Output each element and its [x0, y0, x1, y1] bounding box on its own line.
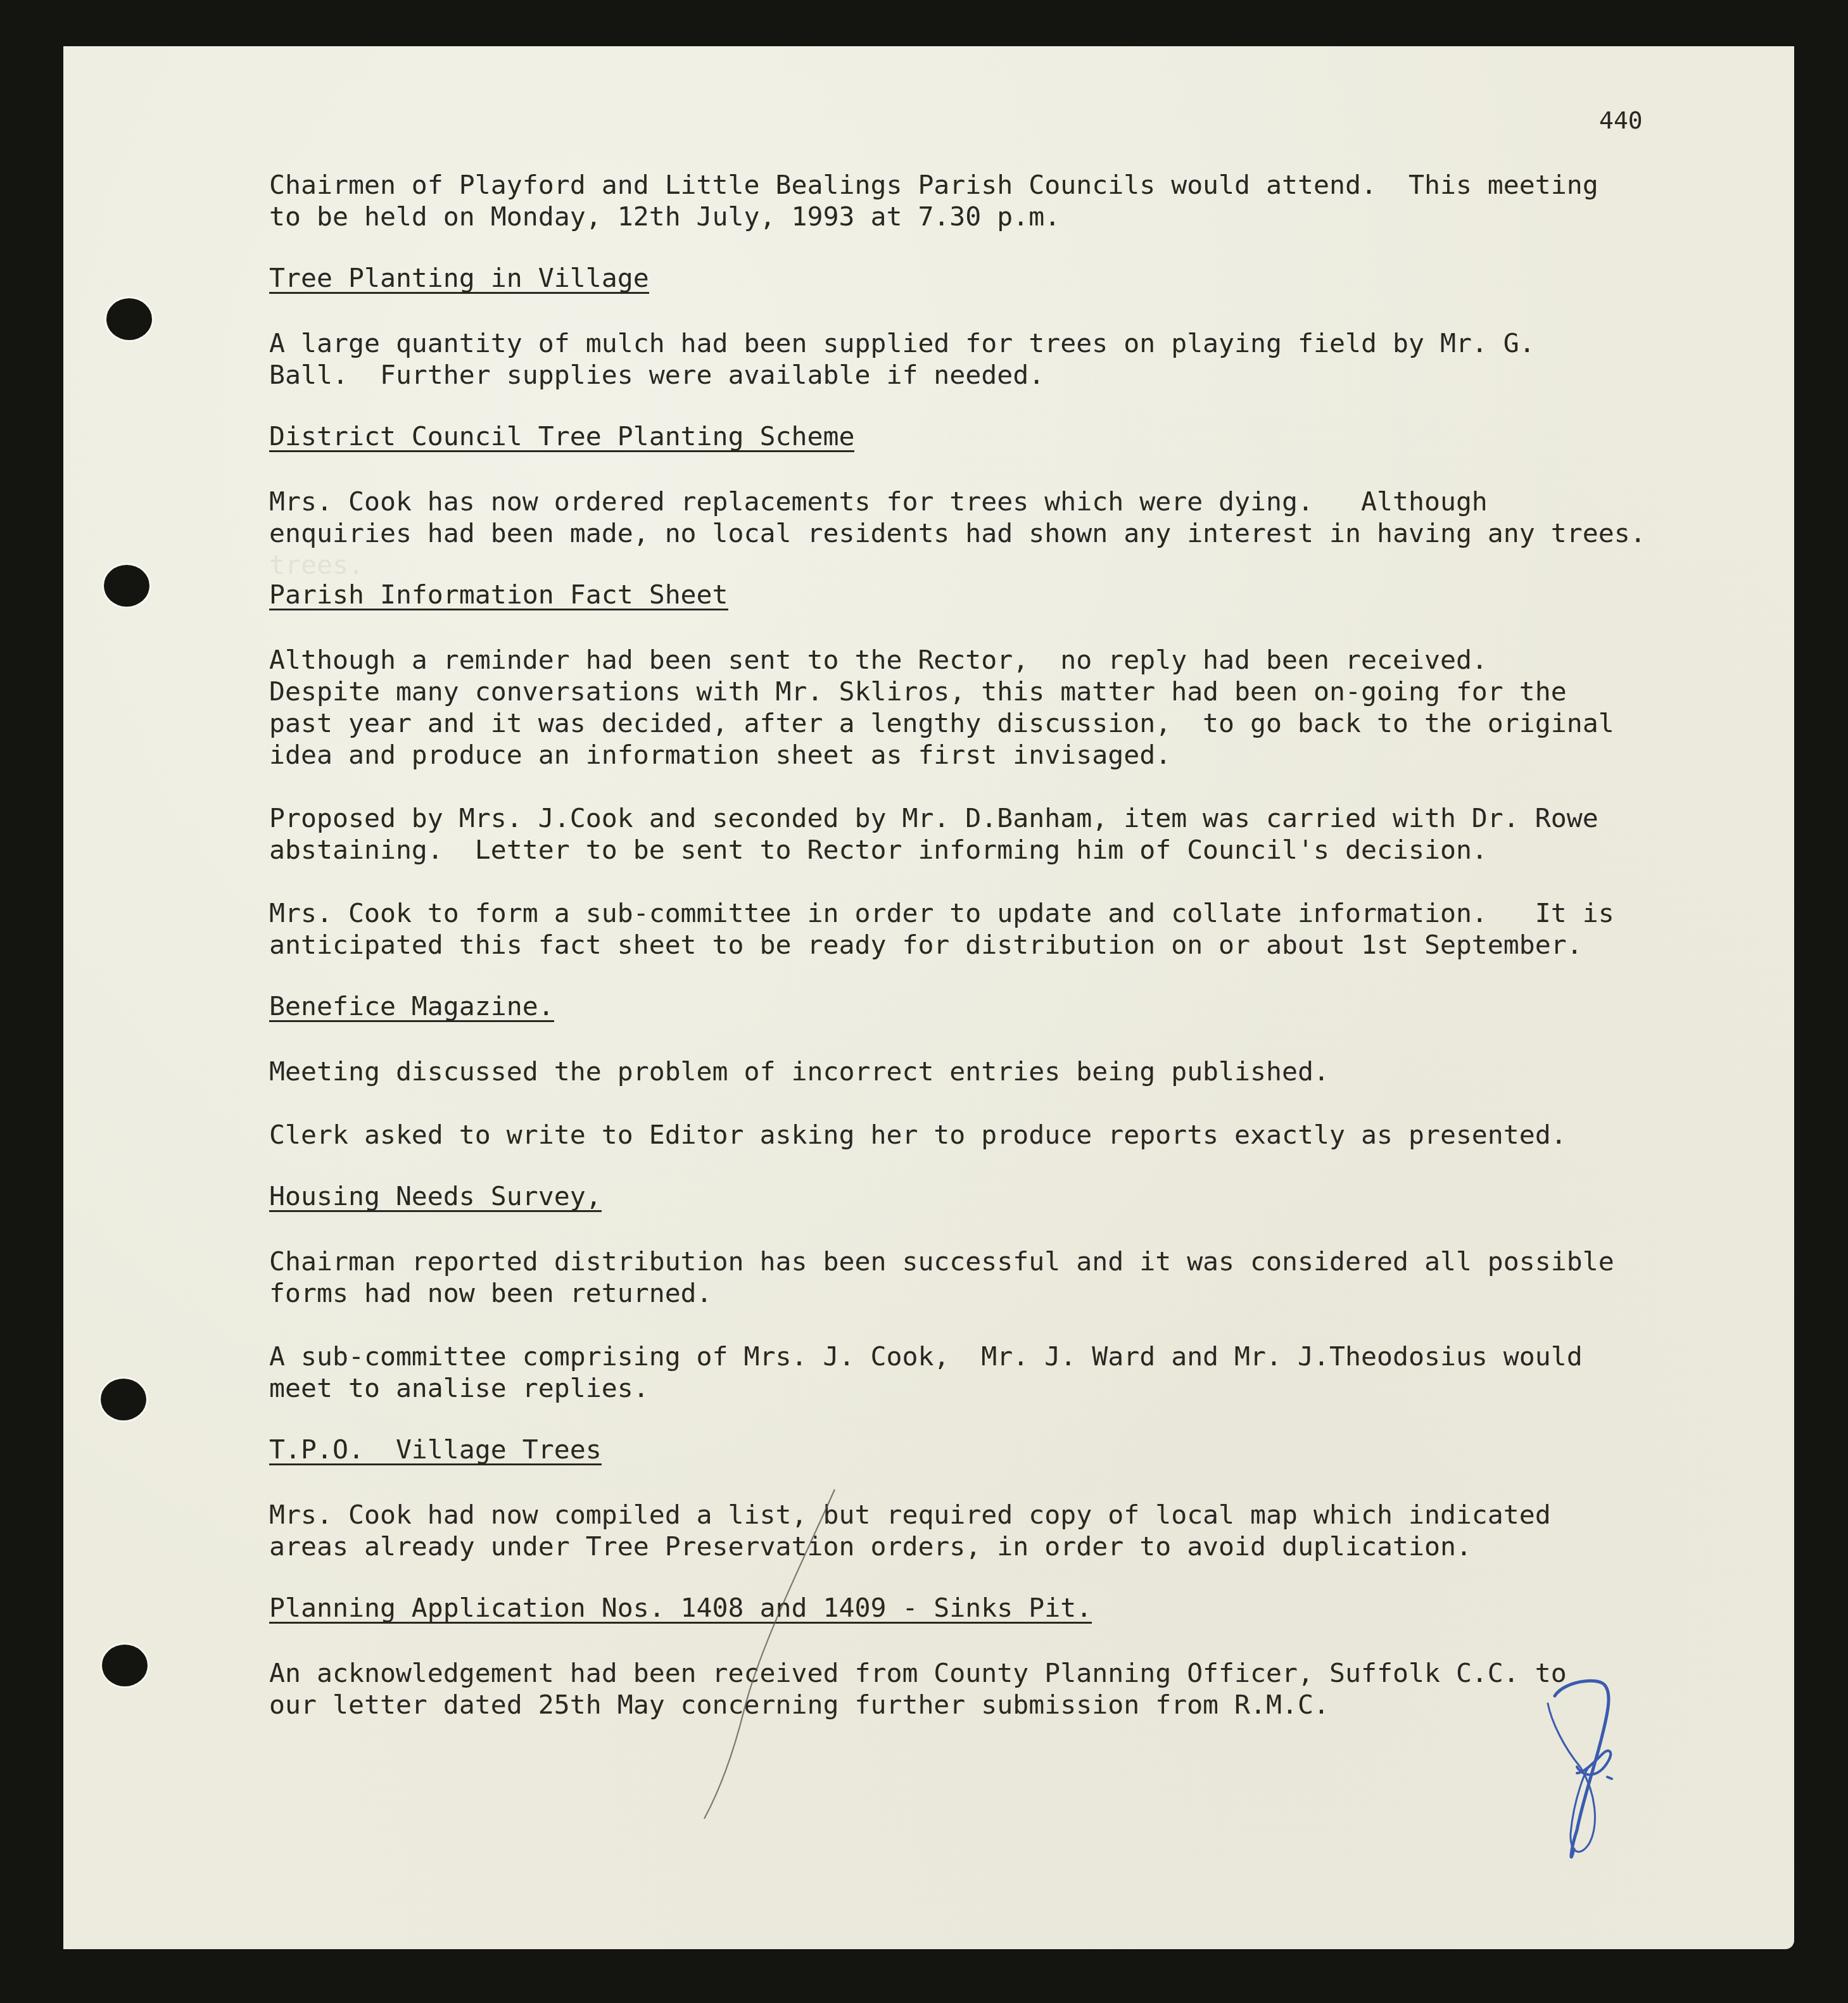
paragraph-line: Mrs. Cook to form a sub-committee in ord…: [269, 897, 1614, 929]
paragraph-line: to be held on Monday, 12th July, 1993 at…: [269, 201, 1060, 232]
paragraph-line: forms had now been returned.: [269, 1277, 712, 1309]
paragraph-line: Clerk asked to write to Editor asking he…: [269, 1119, 1567, 1151]
punch-hole: [106, 298, 152, 340]
paragraph-line: Chairmen of Playford and Little Bealings…: [269, 169, 1598, 201]
punch-hole: [104, 565, 149, 607]
paragraph-line: Despite many conversations with Mr. Skli…: [269, 676, 1567, 707]
paragraph-line: areas already under Tree Preservation or…: [269, 1531, 1472, 1562]
section-heading: Housing Needs Survey,: [269, 1182, 602, 1212]
section-heading: Benefice Magazine.: [269, 992, 554, 1022]
paragraph-line: anticipated this fact sheet to be ready …: [269, 929, 1583, 961]
paragraph-line: enquiries had been made, no local reside…: [269, 517, 1646, 549]
paragraph-line: Proposed by Mrs. J.Cook and seconded by …: [269, 802, 1598, 834]
paragraph-line: A large quantity of mulch had been suppl…: [269, 327, 1535, 359]
punch-hole: [102, 1645, 148, 1686]
section-heading: T.P.O. Village Trees: [269, 1436, 602, 1465]
page-number: 440: [1599, 106, 1643, 134]
paragraph-line: meet to analise replies.: [269, 1372, 649, 1404]
paragraph-line: our letter dated 25th May concerning fur…: [269, 1689, 1329, 1721]
section-heading: District Council Tree Planting Scheme: [269, 422, 854, 452]
paragraph-line: abstaining. Letter to be sent to Rector …: [269, 834, 1488, 866]
punch-hole: [101, 1379, 146, 1420]
document-page: 440 Chairmen of Playford and Little Beal…: [63, 46, 1794, 1949]
paragraph-line: past year and it was decided, after a le…: [269, 707, 1614, 739]
paragraph-line: An acknowledgement had been received fro…: [269, 1657, 1567, 1689]
erased-text: trees.: [269, 549, 364, 581]
paragraph-line: Although a reminder had been sent to the…: [269, 644, 1488, 676]
paragraph-line: A sub-committee comprising of Mrs. J. Co…: [269, 1341, 1583, 1372]
section-heading: Planning Application Nos. 1408 and 1409 …: [269, 1594, 1092, 1624]
paragraph-line: Meeting discussed the problem of incorre…: [269, 1056, 1329, 1087]
paragraph-line: Ball. Further supplies were available if…: [269, 359, 1044, 391]
paragraph-line: Chairman reported distribution has been …: [269, 1246, 1614, 1277]
paragraph-line: Mrs. Cook has now ordered replacements f…: [269, 486, 1488, 517]
section-heading: Tree Planting in Village: [269, 264, 649, 294]
paragraph-line: idea and produce an information sheet as…: [269, 739, 1171, 771]
paragraph-line: Mrs. Cook had now compiled a list, but r…: [269, 1499, 1551, 1531]
section-heading: Parish Information Fact Sheet: [269, 581, 728, 610]
